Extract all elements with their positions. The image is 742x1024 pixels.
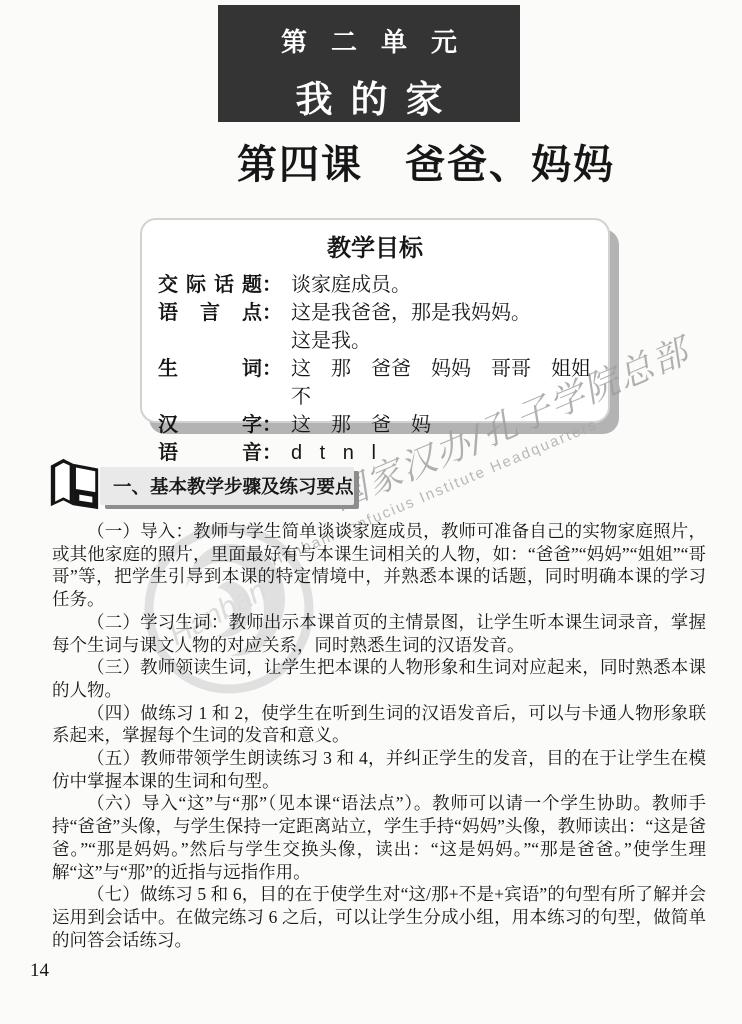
lesson-title: 第四课 爸爸、妈妈 (237, 133, 615, 190)
objective-row-topic: 交际话题： 谈家庭成员。 (158, 271, 592, 299)
objective-colon: ： (262, 271, 282, 299)
unit-header-box: 第二单元 我的家 (218, 5, 520, 122)
paragraph-2: （二）学习生词：教师出示本课首页的主情景图，让学生听本课生词录音，掌握每个生词与… (52, 611, 706, 656)
objectives-box: 教学目标 交际话题： 谈家庭成员。 语言点： 这是我爸爸，那是我妈妈。这是我。 … (140, 218, 610, 423)
paragraph-3: （三）教师领读生词，让学生把本课的人物形象和生词对应起来，同时熟悉本课的人物。 (52, 656, 706, 701)
paragraph-1: （一）导入：教师与学生简单谈谈家庭成员，教师可准备自己的实物家庭照片，或其他家庭… (52, 520, 706, 611)
paragraph-7: （七）做练习 5 和 6，目的在于使学生对“这/那+不是+宾语”的句型有所了解并… (52, 883, 706, 951)
objective-colon: ： (262, 439, 282, 467)
paragraph-5: （五）教师带领学生朗读练习 3 和 4，并纠正学生的发音，目的在于让学生在模仿中… (52, 747, 706, 792)
objective-value: 这 那 爸 妈 (291, 411, 431, 439)
objectives-title: 教学目标 (158, 228, 592, 263)
objective-label: 语言点 (158, 299, 262, 355)
objective-value-line1: 这是我爸爸，那是我妈妈。 (291, 302, 531, 324)
objective-value: 这是我爸爸，那是我妈妈。这是我。 (291, 299, 531, 355)
objective-row-new-words: 生词： 这 那 爸爸 妈妈 哥哥 姐姐 不 (158, 355, 592, 411)
body-text: （一）导入：教师与学生简单谈谈家庭成员，教师可准备自己的实物家庭照片，或其他家庭… (52, 520, 706, 951)
paragraph-4: （四）做练习 1 和 2，使学生在听到生词的汉语发音后，可以与卡通人物形象联系起… (52, 702, 706, 747)
open-book-icon (44, 455, 104, 511)
objective-colon: ： (262, 299, 282, 355)
objective-label: 生词 (158, 355, 262, 411)
objective-value: d t n l (291, 439, 376, 467)
objective-label: 汉字 (158, 411, 262, 439)
objective-label: 语音 (158, 439, 262, 467)
objective-value: 谈家庭成员。 (291, 271, 411, 299)
objective-row-characters: 汉字： 这 那 爸 妈 (158, 411, 592, 439)
objective-value-line2: 这是我。 (291, 327, 531, 355)
objective-label: 交际话题 (158, 271, 262, 299)
objective-colon: ： (262, 355, 282, 411)
section-header: 一、基本教学步骤及练习要点 (100, 467, 354, 505)
unit-title: 我的家 (218, 69, 520, 123)
textbook-page: 第二单元 我的家 第四课 爸爸、妈妈 教学目标 交际话题： 谈家庭成员。 语言点… (0, 0, 742, 1024)
objective-row-phonetics: 语音： d t n l (158, 439, 592, 467)
objective-colon: ： (262, 411, 282, 439)
paragraph-6: （六）导入“这”与“那”（见本课“语法点”）。教师可以请一个学生协助。教师手持“… (52, 792, 706, 883)
page-number: 14 (30, 960, 49, 982)
objective-value: 这 那 爸爸 妈妈 哥哥 姐姐 不 (291, 355, 592, 411)
unit-number: 第二单元 (218, 22, 520, 59)
objective-row-language-points: 语言点： 这是我爸爸，那是我妈妈。这是我。 (158, 299, 592, 355)
